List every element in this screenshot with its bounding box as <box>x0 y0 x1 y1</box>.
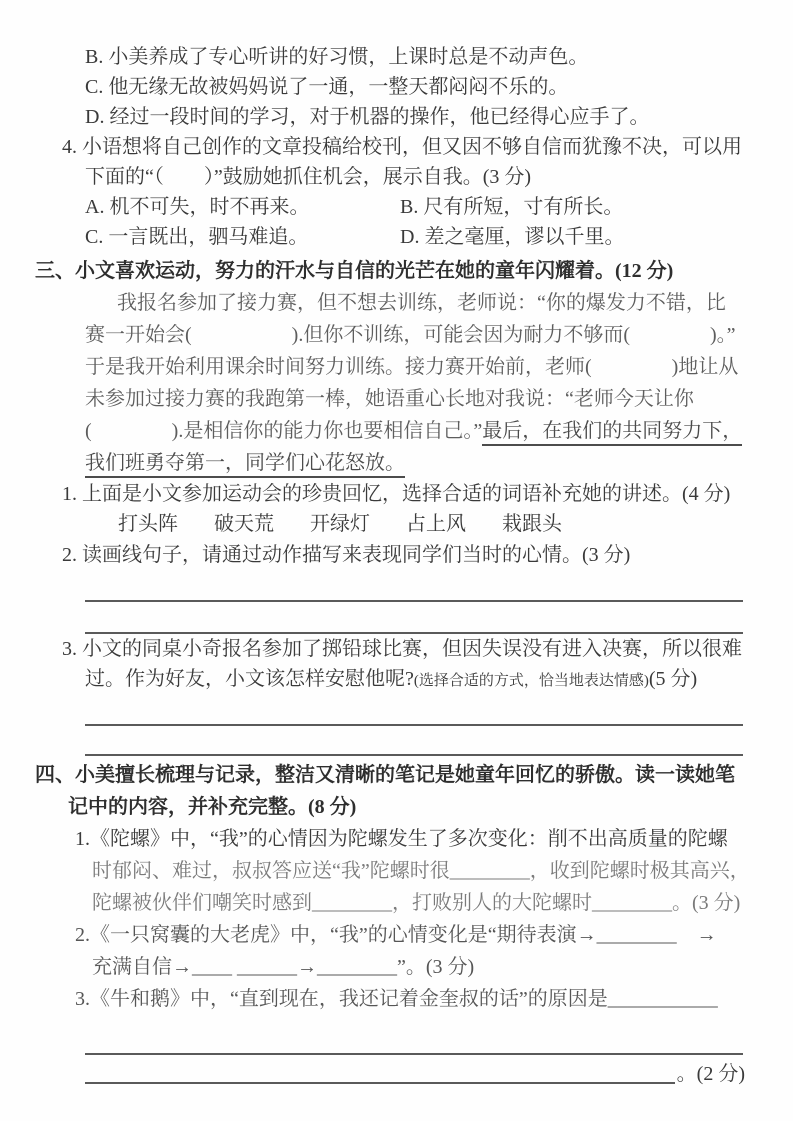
word-bank: 打头阵破天荒开绿灯占上风栽跟头 <box>118 509 793 540</box>
passage-line-3: 于是我开始利用课余时间努力训练。接力赛开始前，老师( )地让从 <box>85 351 793 383</box>
section-3-heading: 三、小文喜欢运动，努力的汗水与自信的光芒在她的童年闪耀着。(12 分) <box>35 255 793 287</box>
text-segment: B. 小美养成了专心听讲的好习惯，上课时总是不动声色。 <box>85 46 588 68</box>
answer-rule-segment <box>85 1082 675 1084</box>
option-a: A. 机不可失，时不再来。 <box>85 192 400 222</box>
answer-rule-with-score: 。(2 分) <box>85 1055 745 1089</box>
score-label: 。(2 分) <box>675 1059 745 1089</box>
text-segment: 三、小文喜欢运动，努力的汗水与自信的光芒在她的童年闪耀着。(12 分) <box>35 260 673 282</box>
text-segment: 3.《牛和鹅》中，“直到现在，我还记着金奎叔的话”的原因是___________ <box>75 988 718 1010</box>
section-3-q2: 2. 读画线句子，请通过动作描写来表现同学们当时的心情。(3 分) <box>62 540 793 570</box>
text-segment: 1. 上面是小文参加运动会的珍贵回忆，选择合适的词语补充她的讲述。(4 分) <box>62 483 730 505</box>
text-segment: 过。作为好友，小文该怎样安慰他呢? <box>85 668 414 690</box>
question-4-line-1: 4. 小语想将自己创作的文章投稿给校刊，但又因不够自信而犹豫不决，可以用 <box>62 132 793 162</box>
text-segment: 未参加过接力赛的我跑第一棒，她语重心长地对我说：“老师今天让你 <box>85 388 694 410</box>
answer-rule <box>85 1015 743 1055</box>
doc-content: B. 小美养成了专心听讲的好习惯，上课时总是不动声色。C. 他无缘无故被妈妈说了… <box>0 42 793 1089</box>
section-4-q1-line-3: 陀螺被伙伴们嘲笑时感到________，打败别人的大陀螺时________。(3… <box>92 887 793 919</box>
choice-line-c: C. 他无缘无故被妈妈说了一通，一整天都闷闷不乐的。 <box>85 72 793 102</box>
text-segment: (5 分) <box>649 668 697 690</box>
passage-line-6: 我们班勇夺第一，同学们心花怒放。 <box>85 447 793 479</box>
section-4-q2-line-2: 充满自信→____ ______→________”。(3 分) <box>92 951 793 983</box>
passage-line-1: 我报名参加了接力赛，但不想去训练，老师说：“你的爆发力不错，比 <box>85 287 793 319</box>
section-4-q1-line-1: 1.《陀螺》中，“我”的心情因为陀螺发生了多次变化：削不出高质量的陀螺 <box>75 823 793 855</box>
option-d: D. 差之毫厘，谬以千里。 <box>400 226 624 248</box>
section-4-q1-line-2: 时郁闷、难过，叔叔答应送“我”陀螺时很________，收到陀螺时极其高兴， <box>92 855 793 887</box>
word-bank-item: 占上风 <box>406 513 466 535</box>
text-segment: 2. 读画线句子，请通过动作描写来表现同学们当时的心情。(3 分) <box>62 544 630 566</box>
word-bank-item: 破天荒 <box>214 513 274 535</box>
passage-line-2: 赛一开始会( ).但你不训练，可能会因为耐力不够而( )。” <box>85 319 793 351</box>
section-4-q3: 3.《牛和鹅》中，“直到现在，我还记着金奎叔的话”的原因是___________ <box>75 983 793 1015</box>
text-segment: 3. 小文的同桌小奇报名参加了掷铅球比赛，但因失误没有进入决赛，所以很难 <box>62 638 742 660</box>
text-segment: 四、小美擅长梳理与记录，整洁又清晰的笔记是她童年回忆的骄傲。读一读她笔 <box>35 764 735 786</box>
section-3-q1: 1. 上面是小文参加运动会的珍贵回忆，选择合适的词语补充她的讲述。(4 分) <box>62 479 793 509</box>
question-4-options-cd: C. 一言既出，驷马难追。D. 差之毫厘，谬以千里。 <box>85 222 793 252</box>
text-segment: 赛一开始会( ).但你不训练，可能会因为耐力不够而( )。” <box>85 324 736 346</box>
section-3-q3-line-1: 3. 小文的同桌小奇报名参加了掷铅球比赛，但因失误没有进入决赛，所以很难 <box>62 634 793 664</box>
underlined-passage-part-1: 最后，在我们的共同努力下， <box>482 420 742 446</box>
text-segment: 记中的内容，并补充完整。(8 分) <box>68 796 356 818</box>
answer-rule <box>85 726 743 756</box>
answer-rule <box>85 602 743 634</box>
text-segment: D. 经过一段时间的学习，对于机器的操作，他已经得心应手了。 <box>85 106 649 128</box>
question-4-options-ab: A. 机不可失，时不再来。B. 尺有所短，寸有所长。 <box>85 192 793 222</box>
section-4-heading-line-2: 记中的内容，并补充完整。(8 分) <box>68 791 793 823</box>
question-4-line-2: 下面的“（ ）”鼓励她抓住机会，展示自我。(3 分) <box>85 162 793 192</box>
section-4-q2-line-1: 2.《一只窝囊的大老虎》中，“我”的心情变化是“期待表演→________ → <box>75 919 793 951</box>
text-segment: 4. 小语想将自己创作的文章投稿给校刊，但又因不够自信而犹豫不决，可以用 <box>62 136 742 158</box>
answer-rule <box>85 570 743 602</box>
text-segment: 我报名参加了接力赛，但不想去训练，老师说：“你的爆发力不错，比 <box>117 292 726 314</box>
option-b: B. 尺有所短，寸有所长。 <box>400 196 623 218</box>
passage-line-4: 未参加过接力赛的我跑第一棒，她语重心长地对我说：“老师今天让你 <box>85 383 793 415</box>
word-bank-item: 打头阵 <box>118 513 178 535</box>
option-c: C. 一言既出，驷马难追。 <box>85 222 400 252</box>
text-segment: 于是我开始利用课余时间努力训练。接力赛开始前，老师( )地让从 <box>85 356 738 378</box>
exam-page: B. 小美养成了专心听讲的好习惯，上课时总是不动声色。C. 他无缘无故被妈妈说了… <box>0 0 793 1121</box>
word-bank-item: 开绿灯 <box>310 513 370 535</box>
choice-line-d: D. 经过一段时间的学习，对于机器的操作，他已经得心应手了。 <box>85 102 793 132</box>
text-segment: 2.《一只窝囊的大老虎》中，“我”的心情变化是“期待表演→________ → <box>75 924 717 946</box>
section-3-q3-line-2: 过。作为好友，小文该怎样安慰他呢?(选择合适的方式，恰当地表达情感)(5 分) <box>85 664 793 696</box>
text-segment: 1.《陀螺》中，“我”的心情因为陀螺发生了多次变化：削不出高质量的陀螺 <box>75 828 728 850</box>
underlined-passage-part-2: 我们班勇夺第一，同学们心花怒放。 <box>85 452 405 478</box>
choice-line-b: B. 小美养成了专心听讲的好习惯，上课时总是不动声色。 <box>85 42 793 72</box>
text-segment: C. 他无缘无故被妈妈说了一通，一整天都闷闷不乐的。 <box>85 76 568 98</box>
text-segment: 陀螺被伙伴们嘲笑时感到________，打败别人的大陀螺时________。(3… <box>92 892 740 914</box>
word-bank-item: 栽跟头 <box>502 513 562 535</box>
answer-rule <box>85 696 743 726</box>
hint-annotation: (选择合适的方式，恰当地表达情感) <box>414 673 649 689</box>
text-segment: 时郁闷、难过，叔叔答应送“我”陀螺时很________，收到陀螺时极其高兴， <box>92 860 750 882</box>
passage-line-5: ( ).是相信你的能力你也要相信自己。”最后，在我们的共同努力下， <box>85 415 793 447</box>
text-segment: 充满自信→____ ______→________”。(3 分) <box>92 956 474 978</box>
text-segment: 下面的“（ ）”鼓励她抓住机会，展示自我。(3 分) <box>85 166 531 188</box>
text-segment: ( ).是相信你的能力你也要相信自己。” <box>85 420 482 442</box>
section-4-heading-line-1: 四、小美擅长梳理与记录，整洁又清晰的笔记是她童年回忆的骄傲。读一读她笔 <box>35 759 793 791</box>
